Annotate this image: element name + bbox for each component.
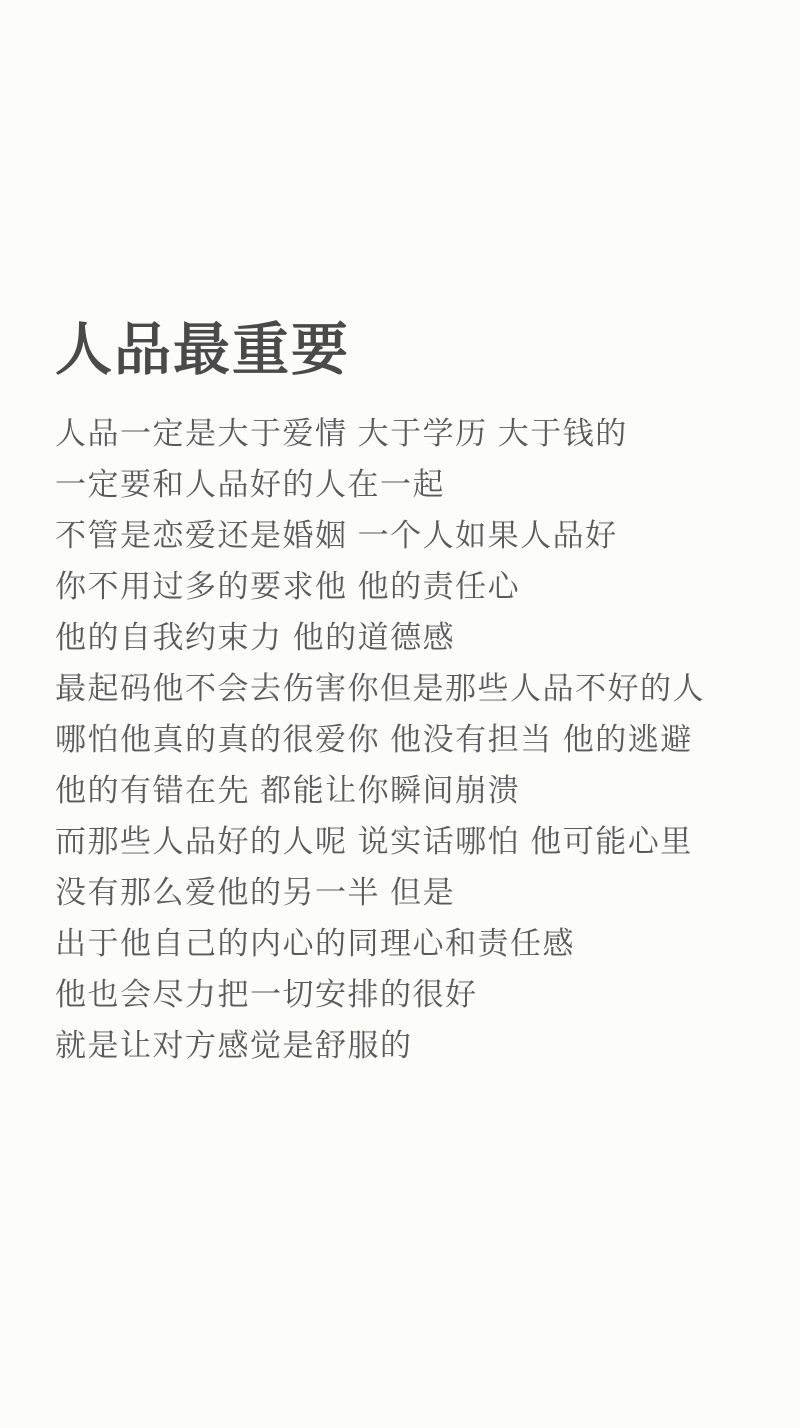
card-body: 人品一定是大于爱情 大于学历 大于钱的一定要和人品好的人在一起不管是恋爱还是婚姻… — [55, 408, 755, 1071]
text-line: 你不用过多的要求他 他的责任心 — [55, 561, 755, 612]
text-line: 他也会尽力把一切安排的很好 — [55, 969, 755, 1020]
text-line: 人品一定是大于爱情 大于学历 大于钱的 — [55, 408, 755, 459]
text-line: 哪怕他真的真的很爱你 他没有担当 他的逃避 — [55, 714, 755, 765]
text-line: 而那些人品好的人呢 说实话哪怕 他可能心里 — [55, 816, 755, 867]
text-card: 人品最重要 人品一定是大于爱情 大于学历 大于钱的一定要和人品好的人在一起不管是… — [55, 318, 755, 1071]
text-line: 没有那么爱他的另一半 但是 — [55, 867, 755, 918]
text-line: 最起码他不会去伤害你但是那些人品不好的人 — [55, 663, 755, 714]
text-line: 不管是恋爱还是婚姻 一个人如果人品好 — [55, 510, 755, 561]
card-title: 人品最重要 — [55, 318, 755, 384]
text-line: 就是让对方感觉是舒服的 — [55, 1020, 755, 1071]
text-line: 一定要和人品好的人在一起 — [55, 459, 755, 510]
text-line: 出于他自己的内心的同理心和责任感 — [55, 918, 755, 969]
text-line: 他的有错在先 都能让你瞬间崩溃 — [55, 765, 755, 816]
text-line: 他的自我约束力 他的道德感 — [55, 612, 755, 663]
